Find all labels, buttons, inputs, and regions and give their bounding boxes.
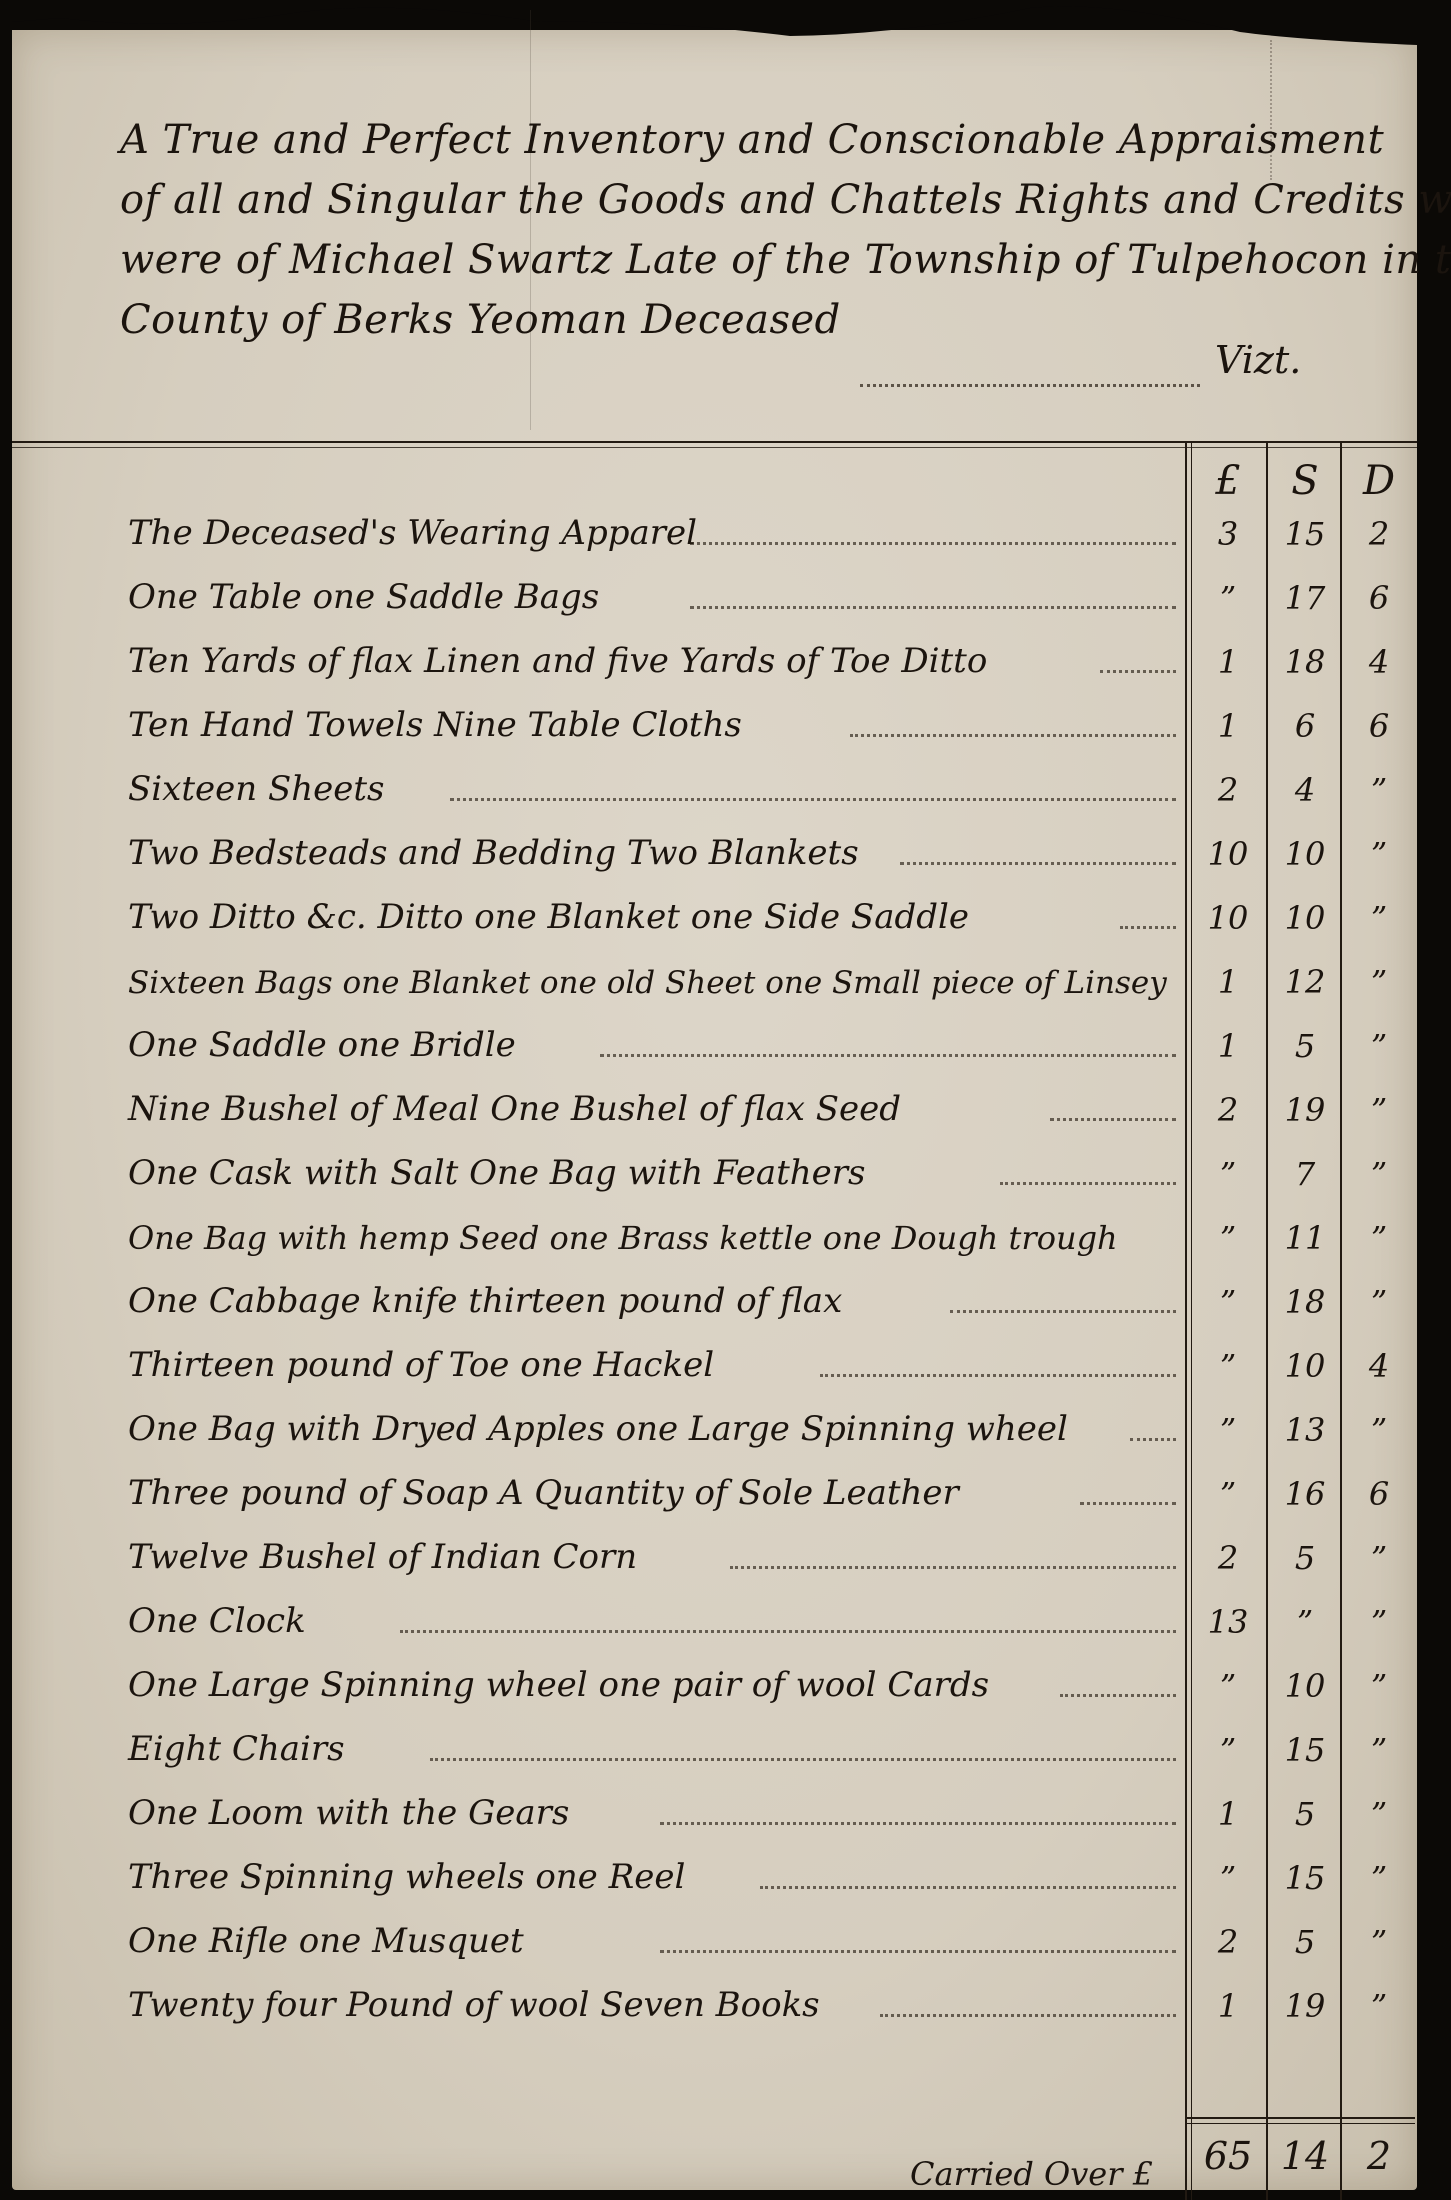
item-pounds: 2 <box>1193 1539 1263 1577</box>
shillings-header: S <box>1270 458 1340 504</box>
header-rule-bottom <box>12 447 1417 448</box>
item-pence: 4 <box>1344 1347 1414 1385</box>
item-pounds: ” <box>1193 1219 1263 1257</box>
item-pounds: 1 <box>1193 963 1263 1001</box>
leader-dots <box>600 1054 1176 1057</box>
leader-dots <box>1000 1182 1176 1185</box>
item-shillings: 5 <box>1270 1923 1340 1961</box>
item-shillings: 18 <box>1270 1283 1340 1321</box>
item-pounds: 2 <box>1193 1923 1263 1961</box>
pence-header: D <box>1344 458 1414 504</box>
item-pence: ” <box>1344 1859 1414 1897</box>
item-description: Sixteen Bags one Blanket one old Sheet o… <box>128 965 1167 1001</box>
item-description: One Saddle one Bridle <box>128 1025 516 1065</box>
item-pounds: 13 <box>1193 1603 1263 1641</box>
inventory-row: Twenty four Pound of wool Seven Books 1 … <box>0 1977 1451 2031</box>
leader-dots <box>1080 1502 1176 1505</box>
item-pence: 6 <box>1344 707 1414 745</box>
item-pounds: ” <box>1193 1283 1263 1321</box>
inventory-row: Two Ditto &c. Ditto one Blanket one Side… <box>0 889 1451 943</box>
item-description: Twelve Bushel of Indian Corn <box>128 1537 637 1577</box>
header-rule-top <box>12 441 1417 443</box>
item-description: One Rifle one Musquet <box>128 1921 524 1961</box>
item-description: One Bag with Dryed Apples one Large Spin… <box>128 1409 1068 1449</box>
inventory-row: The Deceased's Wearing Apparel 3 15 2 <box>0 505 1451 559</box>
item-shillings: 4 <box>1270 771 1340 809</box>
item-pence: ” <box>1344 1283 1414 1321</box>
item-pounds: ” <box>1193 1475 1263 1513</box>
item-pounds: ” <box>1193 1155 1263 1193</box>
item-description: Two Bedsteads and Bedding Two Blankets <box>128 833 859 873</box>
item-pence: ” <box>1344 1155 1414 1193</box>
item-shillings: 5 <box>1270 1539 1340 1577</box>
leader-dots <box>1050 1118 1176 1121</box>
item-shillings: 11 <box>1270 1219 1340 1257</box>
item-pence: ” <box>1344 1219 1414 1257</box>
leader-dots <box>690 542 1176 545</box>
title-line-1: A True and Perfect Inventory and Conscio… <box>120 110 1380 170</box>
item-pence: 6 <box>1344 579 1414 617</box>
item-shillings: 10 <box>1270 1347 1340 1385</box>
item-shillings: 17 <box>1270 579 1340 617</box>
leader-dots <box>690 606 1176 609</box>
item-pence: 2 <box>1344 515 1414 553</box>
item-shillings: 6 <box>1270 707 1340 745</box>
item-pence: 4 <box>1344 643 1414 681</box>
item-pounds: 1 <box>1193 643 1263 681</box>
item-description: One Loom with the Gears <box>128 1793 569 1833</box>
item-pence: ” <box>1344 1795 1414 1833</box>
item-pence: ” <box>1344 899 1414 937</box>
item-pounds: 2 <box>1193 1091 1263 1129</box>
item-shillings: 5 <box>1270 1795 1340 1833</box>
item-pounds: 10 <box>1193 899 1263 937</box>
inventory-row: One Table one Saddle Bags ” 17 6 <box>0 569 1451 623</box>
item-shillings: 12 <box>1270 963 1340 1001</box>
leader-dots <box>850 734 1176 737</box>
leader-dots <box>820 1374 1176 1377</box>
inventory-row: Eight Chairs ” 15 ” <box>0 1721 1451 1775</box>
item-pounds: 10 <box>1193 835 1263 873</box>
item-shillings: 13 <box>1270 1411 1340 1449</box>
leader-dots <box>730 1566 1176 1569</box>
item-shillings: ” <box>1270 1603 1340 1641</box>
item-description: One Cabbage knife thirteen pound of flax <box>128 1281 842 1321</box>
item-shillings: 7 <box>1270 1155 1340 1193</box>
item-pounds: ” <box>1193 579 1263 617</box>
inventory-row: One Clock 13 ” ” <box>0 1593 1451 1647</box>
title-line-3: were of Michael Swartz Late of the Towns… <box>120 230 1380 290</box>
item-description: Three Spinning wheels one Reel <box>128 1857 685 1897</box>
title-leader-dots <box>860 384 1200 387</box>
inventory-row: Three Spinning wheels one Reel ” 15 ” <box>0 1849 1451 1903</box>
item-shillings: 19 <box>1270 1987 1340 2025</box>
item-description: Two Ditto &c. Ditto one Blanket one Side… <box>128 897 969 937</box>
inventory-row: One Cabbage knife thirteen pound of flax… <box>0 1273 1451 1327</box>
inventory-row: One Saddle one Bridle 1 5 ” <box>0 1017 1451 1071</box>
item-shillings: 19 <box>1270 1091 1340 1129</box>
item-description: Nine Bushel of Meal One Bushel of flax S… <box>128 1089 901 1129</box>
item-pence: ” <box>1344 771 1414 809</box>
item-description: Thirteen pound of Toe one Hackel <box>128 1345 714 1385</box>
item-description: One Cask with Salt One Bag with Feathers <box>128 1153 865 1193</box>
item-pounds: 1 <box>1193 1027 1263 1065</box>
leader-dots <box>1130 1438 1176 1441</box>
item-description: Ten Hand Towels Nine Table Cloths <box>128 705 742 745</box>
inventory-row: Three pound of Soap A Quantity of Sole L… <box>0 1465 1451 1519</box>
leader-dots <box>950 1310 1176 1313</box>
leader-dots <box>900 862 1176 865</box>
item-pence: ” <box>1344 1603 1414 1641</box>
total-rule-top <box>1185 2117 1415 2119</box>
pounds-header: £ <box>1193 458 1263 504</box>
inventory-row: Twelve Bushel of Indian Corn 2 5 ” <box>0 1529 1451 1583</box>
item-pounds: 1 <box>1193 1795 1263 1833</box>
item-pence: ” <box>1344 1091 1414 1129</box>
item-shillings: 15 <box>1270 515 1340 553</box>
item-pounds: 3 <box>1193 515 1263 553</box>
item-description: The Deceased's Wearing Apparel <box>128 513 697 553</box>
item-description: Eight Chairs <box>128 1729 345 1769</box>
item-shillings: 18 <box>1270 643 1340 681</box>
item-shillings: 15 <box>1270 1859 1340 1897</box>
leader-dots <box>880 2014 1176 2017</box>
item-description: Ten Yards of flax Linen and five Yards o… <box>128 641 987 681</box>
item-pounds: ” <box>1193 1859 1263 1897</box>
total-shillings: 14 <box>1270 2134 1340 2178</box>
item-pounds: ” <box>1193 1411 1263 1449</box>
item-pence: 6 <box>1344 1475 1414 1513</box>
leader-dots <box>1100 670 1176 673</box>
inventory-row: One Cask with Salt One Bag with Feathers… <box>0 1145 1451 1199</box>
inventory-row: One Rifle one Musquet 2 5 ” <box>0 1913 1451 1967</box>
item-shillings: 5 <box>1270 1027 1340 1065</box>
total-pence: 2 <box>1344 2134 1414 2178</box>
leader-dots <box>660 1950 1176 1953</box>
item-pounds: ” <box>1193 1731 1263 1769</box>
title-line-2: of all and Singular the Goods and Chatte… <box>120 170 1380 230</box>
inventory-row: One Bag with hemp Seed one Brass kettle … <box>0 1209 1451 1263</box>
item-description: One Large Spinning wheel one pair of woo… <box>128 1665 989 1705</box>
item-shillings: 16 <box>1270 1475 1340 1513</box>
inventory-row: Sixteen Sheets 2 4 ” <box>0 761 1451 815</box>
item-pounds: 1 <box>1193 707 1263 745</box>
total-row: 65 14 2 <box>0 2130 1451 2184</box>
inventory-row: Thirteen pound of Toe one Hackel ” 10 4 <box>0 1337 1451 1391</box>
item-pence: ” <box>1344 1923 1414 1961</box>
inventory-row: Two Bedsteads and Bedding Two Blankets 1… <box>0 825 1451 879</box>
document-title: A True and Perfect Inventory and Conscio… <box>120 110 1380 350</box>
item-pounds: 2 <box>1193 771 1263 809</box>
item-description: Sixteen Sheets <box>128 769 385 809</box>
item-pence: ” <box>1344 835 1414 873</box>
item-pence: ” <box>1344 963 1414 1001</box>
item-description: One Clock <box>128 1601 306 1641</box>
leader-dots <box>400 1630 1176 1633</box>
inventory-row: One Large Spinning wheel one pair of woo… <box>0 1657 1451 1711</box>
item-pence: ” <box>1344 1027 1414 1065</box>
leader-dots <box>1060 1694 1176 1697</box>
inventory-row: One Bag with Dryed Apples one Large Spin… <box>0 1401 1451 1455</box>
item-pence: ” <box>1344 1987 1414 2025</box>
leader-dots <box>450 798 1176 801</box>
item-shillings: 15 <box>1270 1731 1340 1769</box>
item-pence: ” <box>1344 1667 1414 1705</box>
total-rule-bottom <box>1185 2123 1415 2124</box>
item-description: One Table one Saddle Bags <box>128 577 599 617</box>
item-shillings: 10 <box>1270 899 1340 937</box>
item-pence: ” <box>1344 1411 1414 1449</box>
total-pounds: 65 <box>1193 2134 1263 2178</box>
inventory-row: Sixteen Bags one Blanket one old Sheet o… <box>0 953 1451 1007</box>
item-pence: ” <box>1344 1731 1414 1769</box>
item-pounds: ” <box>1193 1347 1263 1385</box>
inventory-row: One Loom with the Gears 1 5 ” <box>0 1785 1451 1839</box>
inventory-row: Nine Bushel of Meal One Bushel of flax S… <box>0 1081 1451 1135</box>
leader-dots <box>430 1758 1176 1761</box>
leader-dots <box>660 1822 1176 1825</box>
item-pence: ” <box>1344 1539 1414 1577</box>
item-pounds: 1 <box>1193 1987 1263 2025</box>
item-description: One Bag with hemp Seed one Brass kettle … <box>128 1219 1118 1257</box>
inventory-row: Ten Yards of flax Linen and five Yards o… <box>0 633 1451 687</box>
item-description: Twenty four Pound of wool Seven Books <box>128 1985 820 2025</box>
leader-dots <box>1120 926 1176 929</box>
item-shillings: 10 <box>1270 835 1340 873</box>
item-description: Three pound of Soap A Quantity of Sole L… <box>128 1473 959 1513</box>
inventory-row: Ten Hand Towels Nine Table Cloths 1 6 6 <box>0 697 1451 751</box>
item-pounds: ” <box>1193 1667 1263 1705</box>
title-line-4: County of Berks Yeoman Deceased <box>120 290 1380 350</box>
column-header-row: £ S D <box>0 452 1451 506</box>
item-shillings: 10 <box>1270 1667 1340 1705</box>
title-vizt: Vizt. <box>1215 338 1301 382</box>
leader-dots <box>760 1886 1176 1889</box>
